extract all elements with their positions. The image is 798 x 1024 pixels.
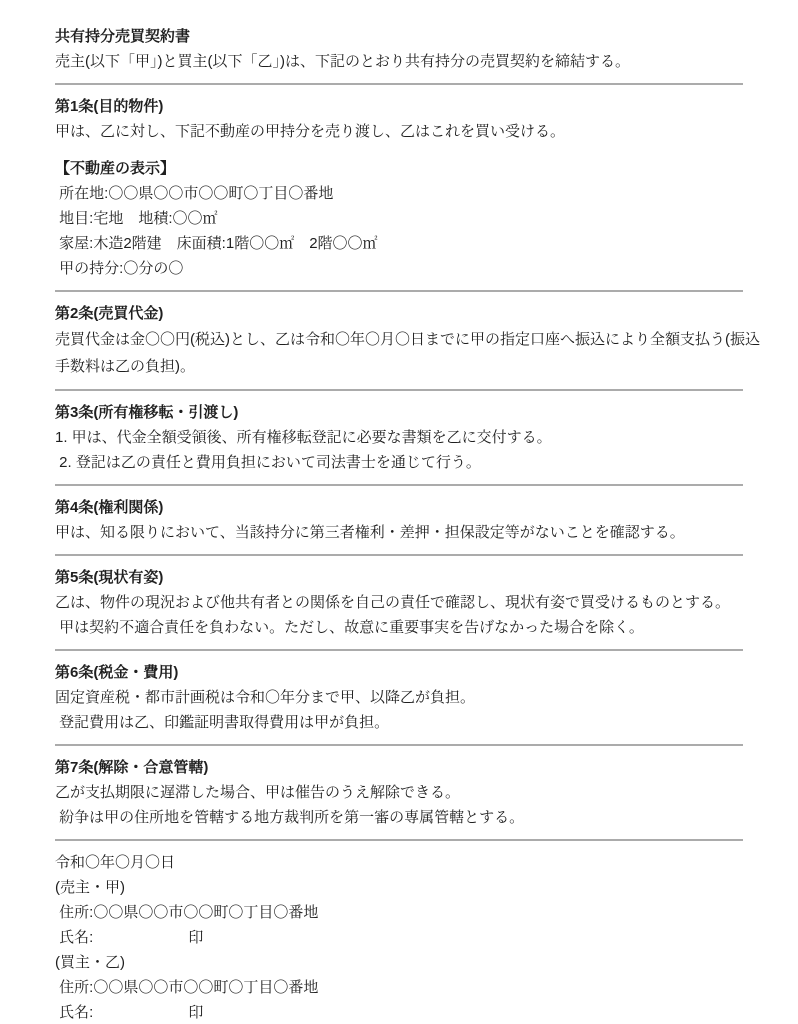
contract-date: 令和〇年〇月〇日	[55, 850, 773, 875]
article-heading: 第6条(税金・費用)	[55, 660, 773, 685]
article-line: 乙は、物件の現況および他共有者との関係を自己の責任で確認し、現状有姿で買受けるも…	[55, 590, 773, 615]
property-land-line: 地目:宅地 地積:〇〇㎡	[55, 206, 773, 231]
article-line: 乙が支払期限に遅滞した場合、甲は催告のうえ解除できる。	[55, 780, 773, 805]
seller-name-row: 氏名: 印	[55, 925, 773, 950]
property-location-line: 所在地:〇〇県〇〇市〇〇町〇丁目〇番地	[55, 181, 773, 206]
section-divider	[55, 484, 743, 486]
seller-name-label: 氏名:	[55, 925, 93, 950]
seller-label: (売主・甲)	[55, 875, 773, 900]
article-line: 2. 登記は乙の責任と費用負担において司法書士を通じて行う。	[55, 450, 773, 475]
intro-text: 売主(以下「甲」)と買主(以下「乙」)は、下記のとおり共有持分の売買契約を締結す…	[55, 49, 773, 74]
document-title: 共有持分売買契約書	[55, 24, 773, 49]
section-divider	[55, 389, 743, 391]
article-heading: 第7条(解除・合意管轄)	[55, 755, 773, 780]
article-line: 紛争は甲の住所地を管轄する地方裁判所を第一審の専属管轄とする。	[55, 805, 773, 830]
contract-document: 共有持分売買契約書 売主(以下「甲」)と買主(以下「乙」)は、下記のとおり共有持…	[0, 0, 798, 1024]
closing-block: 令和〇年〇月〇日 (売主・甲) 住所:〇〇県〇〇市〇〇町〇丁目〇番地 氏名: 印…	[55, 850, 773, 1024]
article-line: 甲は契約不適合責任を負わない。ただし、故意に重要事実を告げなかった場合を除く。	[55, 615, 773, 640]
article-line: 甲は、知る限りにおいて、当該持分に第三者権利・差押・担保設定等がないことを確認す…	[55, 520, 773, 545]
article-line: 1. 甲は、代金全額受領後、所有権移転登記に必要な書類を乙に交付する。	[55, 425, 773, 450]
property-description-block: 【不動産の表示】 所在地:〇〇県〇〇市〇〇町〇丁目〇番地 地目:宅地 地積:〇〇…	[55, 156, 773, 281]
property-building-line: 家屋:木造2階建 床面積:1階〇〇㎡ 2階〇〇㎡	[55, 231, 773, 256]
article-4: 第4条(権利関係) 甲は、知る限りにおいて、当該持分に第三者権利・差押・担保設定…	[55, 495, 773, 545]
property-share-line: 甲の持分:〇分の〇	[55, 256, 773, 281]
article-6: 第6条(税金・費用) 固定資産税・都市計画税は令和〇年分まで甲、以降乙が負担。 …	[55, 660, 773, 735]
buyer-name-label: 氏名:	[55, 1000, 93, 1024]
article-heading: 第4条(権利関係)	[55, 495, 773, 520]
buyer-address: 住所:〇〇県〇〇市〇〇町〇丁目〇番地	[55, 975, 773, 1000]
article-heading: 第2条(売買代金)	[55, 301, 773, 326]
article-line: 固定資産税・都市計画税は令和〇年分まで甲、以降乙が負担。	[55, 685, 773, 710]
article-heading: 第1条(目的物件)	[55, 94, 773, 119]
section-divider	[55, 554, 743, 556]
seller-seal-mark: 印	[188, 925, 203, 950]
article-2: 第2条(売買代金) 売買代金は金〇〇円(税込)とし、乙は令和〇年〇月〇日までに甲…	[55, 301, 773, 380]
section-divider	[55, 839, 743, 841]
section-divider	[55, 649, 743, 651]
property-heading: 【不動産の表示】	[55, 156, 773, 181]
buyer-name-row: 氏名: 印	[55, 1000, 773, 1024]
article-line: 甲は、乙に対し、下記不動産の甲持分を売り渡し、乙はこれを買い受ける。	[55, 119, 773, 144]
section-divider	[55, 290, 743, 292]
buyer-label: (買主・乙)	[55, 950, 773, 975]
article-heading: 第3条(所有権移転・引渡し)	[55, 400, 773, 425]
article-heading: 第5条(現状有姿)	[55, 565, 773, 590]
article-7: 第7条(解除・合意管轄) 乙が支払期限に遅滞した場合、甲は催告のうえ解除できる。…	[55, 755, 773, 830]
section-divider	[55, 744, 743, 746]
buyer-seal-mark: 印	[188, 1000, 203, 1024]
article-1: 第1条(目的物件) 甲は、乙に対し、下記不動産の甲持分を売り渡し、乙はこれを買い…	[55, 94, 773, 281]
article-3: 第3条(所有権移転・引渡し) 1. 甲は、代金全額受領後、所有権移転登記に必要な…	[55, 400, 773, 475]
section-divider	[55, 83, 743, 85]
seller-address: 住所:〇〇県〇〇市〇〇町〇丁目〇番地	[55, 900, 773, 925]
article-paragraph: 売買代金は金〇〇円(税込)とし、乙は令和〇年〇月〇日までに甲の指定口座へ振込によ…	[55, 326, 773, 380]
article-line: 登記費用は乙、印鑑証明書取得費用は甲が負担。	[55, 710, 773, 735]
article-5: 第5条(現状有姿) 乙は、物件の現況および他共有者との関係を自己の責任で確認し、…	[55, 565, 773, 640]
